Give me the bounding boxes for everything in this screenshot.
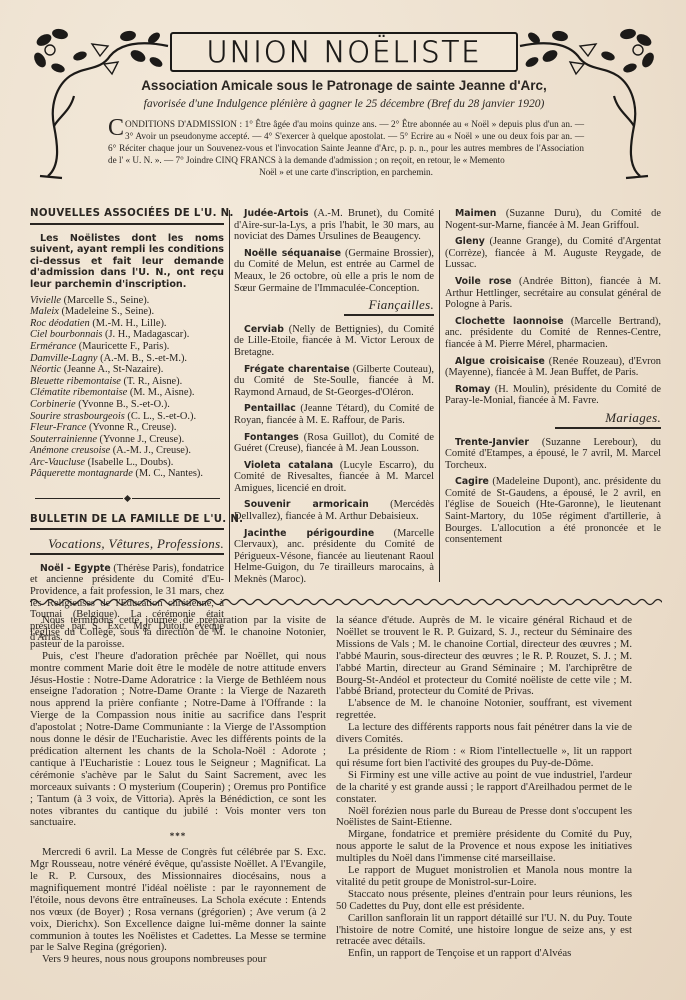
bulletin-entry: Romay (H. Moulin), présidente du Comité … bbox=[445, 384, 661, 407]
bulletin-entry: Violeta catalana (Lucyle Escarro), du Co… bbox=[234, 460, 434, 495]
wavy-divider-icon bbox=[30, 597, 662, 607]
admission-conditions: C ONDITIONS D'ADMISSION : 1° Être âgée d… bbox=[108, 118, 584, 178]
bulletin-entry: Gleny (Jeanne Grange), du Comité d'Argen… bbox=[445, 236, 661, 271]
entry-name: Romay bbox=[455, 384, 490, 395]
member-entry: Maleix (Madeleine S., Seine). bbox=[30, 306, 224, 318]
article-column-2: la séance d'étude. Auprès de M. le vicai… bbox=[336, 615, 632, 960]
article-paragraph: Le rapport de Muguet monistrolien et Man… bbox=[336, 865, 632, 889]
nouvelles-intro: Les Noëlistes dont les noms suivent, aya… bbox=[30, 233, 224, 291]
conditions-line: Noël » et une carte d'inscription, en pa… bbox=[108, 166, 584, 178]
member-pseudonym: Damville-Lagny bbox=[30, 353, 98, 364]
article-paragraph: Mirgane, fondatrice et première présiden… bbox=[336, 829, 632, 865]
entry-name: Clochette laonnoise bbox=[455, 316, 564, 327]
bulletin-entry: Cagire (Madeleine Dupont), anc. présiden… bbox=[445, 476, 661, 546]
association-subtitle: Association Amicale sous le Patronage de… bbox=[30, 78, 658, 93]
member-info: (M.-M. H., Lille). bbox=[90, 318, 167, 329]
member-info: (Yvonne R., Creuse). bbox=[86, 422, 176, 433]
member-pseudonym: Souterrainienne bbox=[30, 434, 97, 445]
member-info: (M. M., Aisne). bbox=[127, 387, 194, 398]
member-pseudonym: Anémone creusoise bbox=[30, 445, 110, 456]
entry-name: Noël - Egypte bbox=[40, 563, 111, 574]
member-info: (T. R., Aisne). bbox=[121, 376, 182, 387]
member-pseudonym: Ciel bourbonnais bbox=[30, 329, 102, 340]
article-paragraph: L'absence de M. le chanoine Notonier, so… bbox=[336, 698, 632, 722]
section-heading-nouvelles: NOUVELLES ASSOCIÉES DE L'U. N. bbox=[30, 208, 224, 225]
article-paragraph: Noël forézien nous parle du Bureau de Pr… bbox=[336, 806, 632, 830]
entry-name: Cerviab bbox=[244, 324, 284, 335]
member-entry: Vivielle (Marcelle S., Seine). bbox=[30, 295, 224, 307]
article-paragraph: Enfin, un rapport de Tençoise et un rapp… bbox=[336, 948, 632, 960]
masthead: UNION NOËLISTE Association Amicale sous … bbox=[30, 26, 658, 180]
member-info: (Yvonne B., S.-et-O.). bbox=[76, 399, 170, 410]
entry-name: Fontanges bbox=[244, 432, 299, 443]
article-paragraph: La lecture des différents rapports nous … bbox=[336, 722, 632, 746]
member-entry: Néortic (Jeanne A., St-Nazaire). bbox=[30, 364, 224, 376]
member-entry: Souterrainienne (Yvonne J., Creuse). bbox=[30, 434, 224, 446]
subheading-vocations: Vocations, Vêtures, Professions. bbox=[30, 538, 224, 555]
member-entry: Anémone creusoise (A.-M. J., Creuse). bbox=[30, 445, 224, 457]
member-entry: Clématite ribemontaise (M. M., Aisne). bbox=[30, 387, 224, 399]
bulletin-entry: Pentaillac (Jeanne Tétard), du Comité de… bbox=[234, 403, 434, 426]
member-pseudonym: Maleix bbox=[30, 306, 59, 317]
article-paragraph: Staccato nous présente, pleines d'entrai… bbox=[336, 889, 632, 913]
article-paragraph: Carillon sanflorain lit un rapport détai… bbox=[336, 913, 632, 949]
column-3: Maimen (Suzanne Duru), du Comité de Noge… bbox=[445, 208, 661, 551]
article-paragraph: Nous terminons cette journée de préparat… bbox=[30, 615, 326, 651]
bulletin-entry: Frégate charentaise (Gilberte Couteau), … bbox=[234, 364, 434, 399]
article-paragraph: La présidente de Riom : « Riom l'intelle… bbox=[336, 746, 632, 770]
bulletin-entry: Noëlle séquanaise (Germaine Brossier), d… bbox=[234, 248, 434, 294]
member-entry: Fleur-France (Yvonne R., Creuse). bbox=[30, 422, 224, 434]
subheading-mariages: Mariages. bbox=[555, 412, 661, 429]
member-entry: Corbinerie (Yvonne B., S.-et-O.). bbox=[30, 399, 224, 411]
entry-name: Souvenir armoricain bbox=[244, 499, 369, 510]
bulletin-entry: Souvenir armoricain (Mercédès Dellvallez… bbox=[234, 499, 434, 522]
entry-name: Violeta catalana bbox=[244, 460, 333, 471]
member-entry: Sourire strasbourgeois (C. L., S.-et-O.)… bbox=[30, 411, 224, 423]
article-paragraph: Puis, c'est l'heure d'adoration prêchée … bbox=[30, 651, 326, 830]
member-pseudonym: Fleur-France bbox=[30, 422, 86, 433]
member-entry: Roc déodatien (M.-M. H., Lille). bbox=[30, 318, 224, 330]
member-info: (M. C., Nantes). bbox=[133, 468, 203, 479]
bulletin-entry: Algue croisicaise (Renée Rouzeau), d'Evr… bbox=[445, 356, 661, 379]
member-info: (A.-M. J., Creuse). bbox=[110, 445, 191, 456]
subheading-fiancailles: Fiançailles. bbox=[344, 299, 434, 316]
member-pseudonym: Sourire strasbourgeois bbox=[30, 411, 125, 422]
entry-name: Gleny bbox=[455, 236, 485, 247]
section-break-asterisks: *** bbox=[30, 831, 326, 843]
fiancailles-list: Cerviab (Nelly de Bettignies), du Comité… bbox=[234, 324, 434, 586]
member-entry: Pâquerette montagnarde (M. C., Nantes). bbox=[30, 468, 224, 480]
conditions-line: ONDITIONS D'ADMISSION : 1° Être âgée d'a… bbox=[125, 119, 572, 129]
member-pseudonym: Corbinerie bbox=[30, 399, 76, 410]
bulletin-entry: Voile rose (Andrée Bitton), fiancée à M.… bbox=[445, 276, 661, 311]
bulletin-entry: Cerviab (Nelly de Bettignies), du Comité… bbox=[234, 324, 434, 359]
member-pseudonym: Pâquerette montagnarde bbox=[30, 468, 133, 479]
column-2: Judée-Artois (A.-M. Brunet), du Comité d… bbox=[234, 208, 434, 591]
member-info: (Marcelle S., Seine). bbox=[61, 295, 149, 306]
member-info: (Mauricette F., Paris). bbox=[76, 341, 169, 352]
member-info: (Isabelle L., Doubs). bbox=[85, 457, 173, 468]
article-paragraph: Vers 9 heures, nous nous groupons nombre… bbox=[30, 954, 326, 966]
column-1: NOUVELLES ASSOCIÉES DE L'U. N. Les Noëli… bbox=[30, 208, 224, 649]
bulletin-entry: Clochette laonnoise (Marcelle Bertrand),… bbox=[445, 316, 661, 351]
member-pseudonym: Roc déodatien bbox=[30, 318, 90, 329]
bulletin-entry: Fontanges (Rosa Guillot), du Comité de G… bbox=[234, 432, 434, 455]
drop-cap: C bbox=[108, 117, 124, 139]
entry-name: Trente-Janvier bbox=[455, 437, 529, 448]
entry-name: Cagire bbox=[455, 476, 489, 487]
member-pseudonym: Vivielle bbox=[30, 295, 61, 306]
entry-name: Pentaillac bbox=[244, 403, 296, 414]
member-info: (Yvonne J., Creuse). bbox=[97, 434, 184, 445]
members-list: Vivielle (Marcelle S., Seine).Maleix (Ma… bbox=[30, 295, 224, 481]
member-entry: Arc-Vaucluse (Isabelle L., Doubs). bbox=[30, 457, 224, 469]
entry-name: Maimen bbox=[455, 208, 496, 219]
entry-name: Noëlle séquanaise bbox=[244, 248, 341, 259]
bulletin-entry: Judée-Artois (A.-M. Brunet), du Comité d… bbox=[234, 208, 434, 243]
member-pseudonym: Clématite ribemontaise bbox=[30, 387, 127, 398]
member-info: (C. L., S.-et-O.). bbox=[125, 411, 196, 422]
mariages-list: Trente-Janvier (Suzanne Lerebour), du Co… bbox=[445, 437, 661, 546]
article-paragraph: Si Firminy est une ville active au point… bbox=[336, 770, 632, 806]
bulletin-entry: Jacinthe périgourdine (Marcelle Clervaux… bbox=[234, 528, 434, 586]
bulletin-entry: Maimen (Suzanne Duru), du Comité de Noge… bbox=[445, 208, 661, 231]
member-entry: Ciel bourbonnais (J. H., Madagascar). bbox=[30, 329, 224, 341]
member-info: (Madeleine S., Seine). bbox=[59, 306, 154, 317]
entry-name: Jacinthe périgourdine bbox=[244, 528, 374, 539]
magazine-page: UNION NOËLISTE Association Amicale sous … bbox=[0, 0, 686, 1000]
member-info: (A.-M. B., S.-et-M.). bbox=[98, 353, 187, 364]
entry-name: Judée-Artois bbox=[244, 208, 309, 219]
member-pseudonym: Bleuette ribemontaise bbox=[30, 376, 121, 387]
bulletin-entry: Trente-Janvier (Suzanne Lerebour), du Co… bbox=[445, 437, 661, 472]
entry-name: Algue croisicaise bbox=[455, 356, 545, 367]
entry-name: Frégate charentaise bbox=[244, 364, 350, 375]
fiancailles-list-continued: Maimen (Suzanne Duru), du Comité de Noge… bbox=[445, 208, 661, 407]
article-column-1: Nous terminons cette journée de préparat… bbox=[30, 615, 326, 966]
masthead-title-box: UNION NOËLISTE bbox=[170, 32, 518, 72]
entry-name: Voile rose bbox=[455, 276, 512, 287]
member-pseudonym: Ermérance bbox=[30, 341, 76, 352]
article-paragraph: la séance d'étude. Auprès de M. le vicai… bbox=[336, 615, 632, 698]
member-entry: Damville-Lagny (A.-M. B., S.-et-M.). bbox=[30, 353, 224, 365]
column-divider bbox=[229, 210, 230, 582]
section-ornament bbox=[30, 492, 224, 504]
column-divider bbox=[439, 210, 440, 582]
indulgence-line: favorisée d'une Indulgence plénière à ga… bbox=[30, 98, 658, 110]
member-entry: Ermérance (Mauricette F., Paris). bbox=[30, 341, 224, 353]
member-pseudonym: Néortic bbox=[30, 364, 61, 375]
member-entry: Bleuette ribemontaise (T. R., Aisne). bbox=[30, 376, 224, 388]
vocations-list-continued: Judée-Artois (A.-M. Brunet), du Comité d… bbox=[234, 208, 434, 294]
member-info: (J. H., Madagascar). bbox=[102, 329, 189, 340]
section-heading-bulletin: BULLETIN DE LA FAMILLE DE L'U. N. bbox=[30, 514, 224, 531]
masthead-title: UNION NOËLISTE bbox=[206, 35, 481, 69]
member-info: (Jeanne A., St-Nazaire). bbox=[61, 364, 163, 375]
member-pseudonym: Arc-Vaucluse bbox=[30, 457, 85, 468]
article-paragraph: Mercredi 6 avril. La Messe de Congrès fu… bbox=[30, 847, 326, 954]
